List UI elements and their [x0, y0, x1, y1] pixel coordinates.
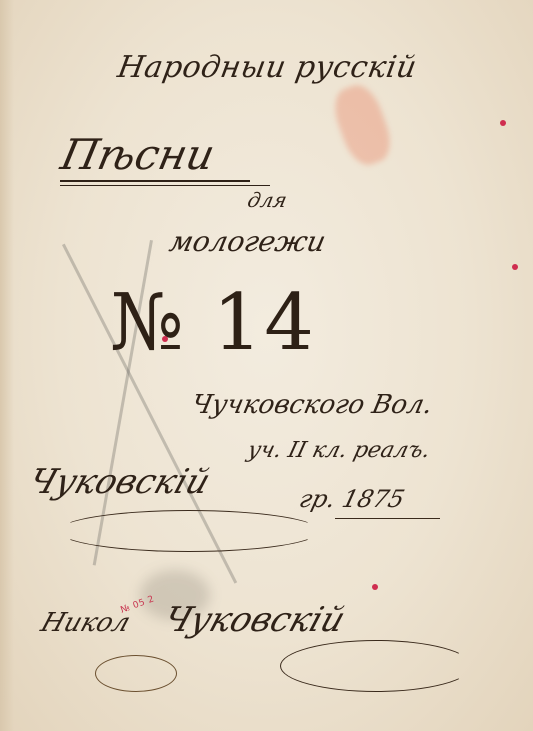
signature-flourish	[280, 640, 472, 692]
year-line: гр. 1875	[297, 485, 408, 513]
page-edge-shadow	[0, 0, 14, 731]
red-mark-dot	[162, 336, 168, 342]
signature-flourish	[95, 655, 177, 692]
signature-flourish	[58, 510, 320, 552]
manuscript-page: Народныи русскій Пѣсни для мологежи № 14…	[0, 0, 533, 731]
signature-1: Чуковскій	[24, 462, 216, 502]
red-mark-dot	[512, 264, 518, 270]
red-ink-smudge	[328, 80, 398, 171]
signature-2-last: Чуковскій	[159, 600, 351, 640]
title-underline	[60, 185, 270, 186]
owner-name-line: Чучковского Вол.	[189, 390, 435, 420]
title-line-molodezhi: мологежи	[166, 225, 328, 258]
owner-class-line: уч. II кл. реалъ.	[245, 438, 433, 463]
title-line-dlya: для	[245, 188, 289, 212]
red-mark-dot	[372, 584, 378, 590]
volume-number: № 14	[110, 278, 316, 368]
red-mark-dot	[500, 120, 506, 126]
title-underline	[60, 180, 250, 182]
title-line-pesni: Пѣсни	[57, 130, 219, 179]
year-underline	[335, 518, 440, 519]
title-line-narodnye-russkie: Народныи русскій	[115, 50, 420, 85]
signature-2-first: Никол	[37, 608, 134, 638]
